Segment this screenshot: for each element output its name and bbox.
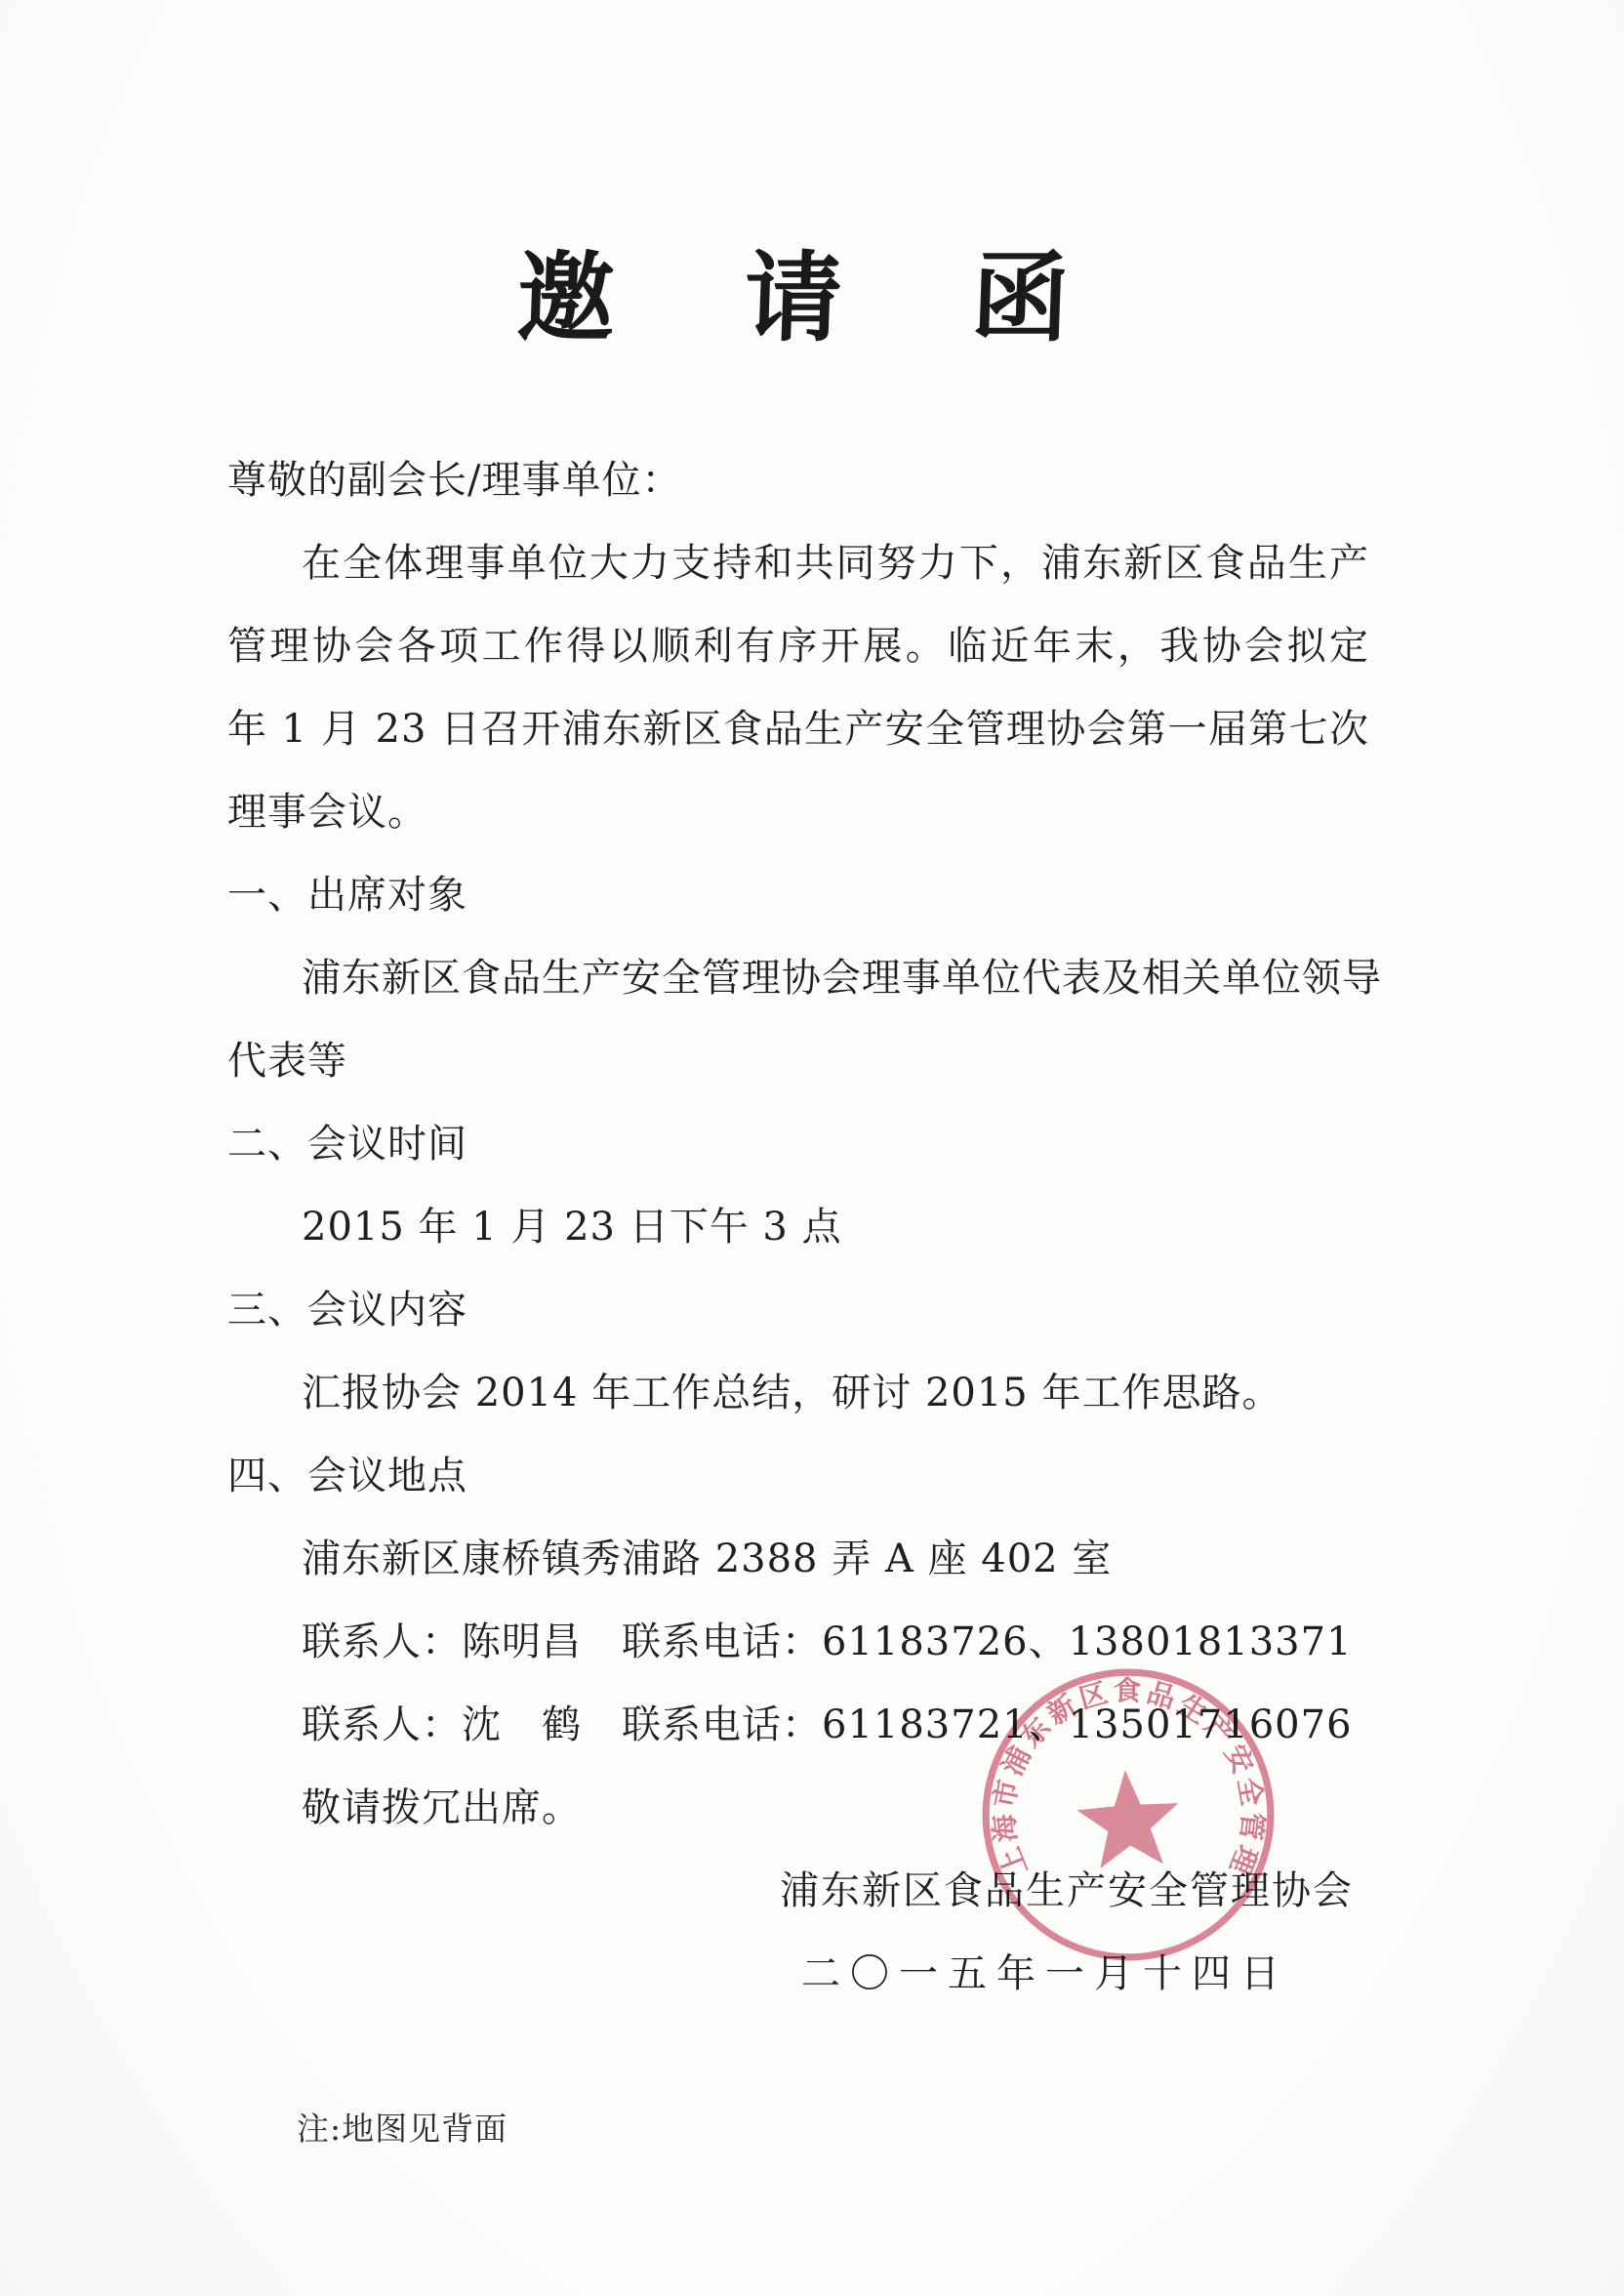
signature-date: 二〇一五年一月十四日 [227,1933,1369,2016]
intro-line-1: 在全体理事单位大力支持和共同努力下，浦东新区食品生产安全 [227,522,1369,605]
signature-organization: 浦东新区食品生产安全管理协会 [227,1850,1369,1933]
contact-line-1: 联系人：陈明昌 联系电话：61183726、13801813371 [227,1601,1369,1684]
salutation: 尊敬的副会长/理事单位： [227,439,1369,522]
section-3-line-1: 汇报协会 2014 年工作总结，研讨 2015 年工作思路。 [227,1352,1369,1435]
section-1-line-1: 浦东新区食品生产安全管理协会理事单位代表及相关单位领导 [227,937,1369,1020]
intro-line-2: 管理协会各项工作得以顺利有序开展。临近年末，我协会拟定 2015 [227,605,1369,688]
intro-line-3: 年 1 月 23 日召开浦东新区食品生产安全管理协会第一届第七次全体 [227,688,1369,771]
document-title: 邀 请 函 [0,220,1624,360]
meeting-address: 浦东新区康桥镇秀浦路 2388 弄 A 座 402 室 [227,1518,1369,1601]
footer-note: 注:地图见背面 [297,2095,507,2163]
section-3-heading: 三、会议内容 [227,1269,1369,1352]
intro-line-4: 理事会议。 [227,771,1369,854]
section-4-heading: 四、会议地点 [227,1435,1369,1518]
contact-line-2: 联系人：沈 鹤 联系电话：61183721、13501716076 [227,1684,1369,1767]
section-1-line-2: 代表等 [227,1020,1369,1103]
section-2-line-1: 2015 年 1 月 23 日下午 3 点 [227,1186,1369,1269]
section-1-heading: 一、出席对象 [227,854,1369,937]
closing-request: 敬请拨冗出席。 [227,1767,1369,1850]
scanned-invitation-letter: 邀 请 函 尊敬的副会长/理事单位： 在全体理事单位大力支持和共同努力下，浦东新… [0,0,1624,2296]
document-body: 尊敬的副会长/理事单位： 在全体理事单位大力支持和共同努力下，浦东新区食品生产安… [227,439,1369,2016]
section-2-heading: 二、会议时间 [227,1103,1369,1186]
